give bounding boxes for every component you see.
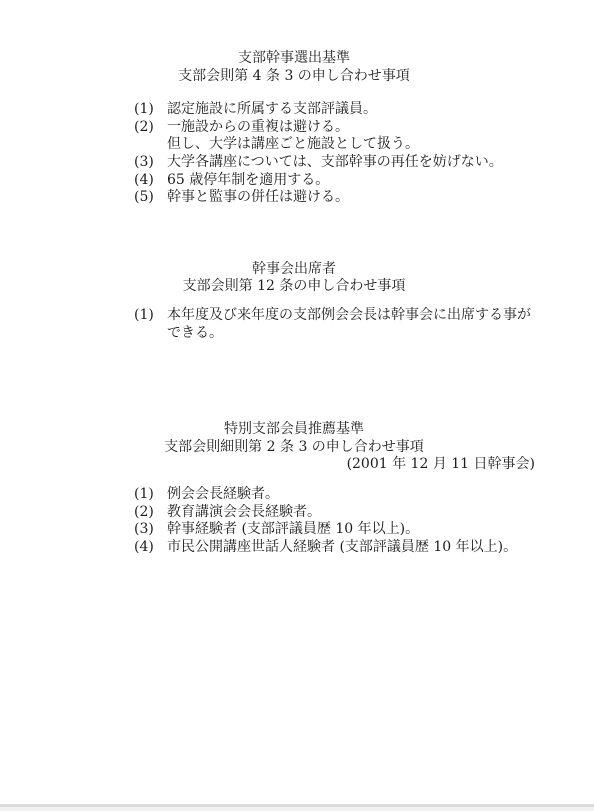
- text-line: 例会会長経験者。: [167, 486, 535, 504]
- heading-line: 支部会則第 4 条 3 の申し合わせ事項: [53, 68, 535, 86]
- item-number: (2): [134, 119, 167, 154]
- item-number: (3): [134, 154, 167, 172]
- section-0: 支部幹事選出基準支部会則第 4 条 3 の申し合わせ事項(1)認定施設に所属する…: [53, 50, 535, 207]
- section-heading: 特別支部会員推薦基準支部会則細則第 2 条 3 の申し合わせ事項(2001 年 …: [53, 421, 535, 474]
- item-text: 65 歳停年制を適用する。: [167, 172, 535, 190]
- text-line: 大学各講座については、支部幹事の再任を妨げない。: [167, 154, 535, 172]
- item-number: (4): [134, 172, 167, 190]
- text-line: 一施設からの重複は避ける。: [167, 119, 535, 137]
- section-2: 特別支部会員推薦基準支部会則細則第 2 条 3 の申し合わせ事項(2001 年 …: [53, 421, 535, 556]
- text-line: 教育講演会会長経験者。: [167, 504, 535, 522]
- item-list: (1)例会会長経験者。(2)教育講演会会長経験者。(3)幹事経験者 (支部評議員…: [53, 486, 535, 556]
- item-list: (1)本年度及び来年度の支部例会会長は幹事会に出席する事ができる。: [53, 307, 535, 342]
- item-number: (1): [134, 486, 167, 504]
- text-line: できる。: [167, 325, 535, 343]
- heading-line: 支部幹事選出基準: [53, 50, 535, 68]
- text-line: 65 歳停年制を適用する。: [167, 172, 535, 190]
- list-item: (3)大学各講座については、支部幹事の再任を妨げない。: [134, 154, 535, 172]
- heading-line: 特別支部会員推薦基準: [53, 421, 535, 439]
- text-line: 本年度及び来年度の支部例会会長は幹事会に出席する事が: [167, 307, 535, 325]
- text-line: 認定施設に所属する支部評議員。: [167, 101, 535, 119]
- item-number: (1): [134, 307, 167, 342]
- item-text: 幹事と監事の併任は避ける。: [167, 189, 535, 207]
- list-item: (1)本年度及び来年度の支部例会会長は幹事会に出席する事ができる。: [134, 307, 535, 342]
- item-number: (1): [134, 101, 167, 119]
- page-edge-gutter: [0, 807, 594, 811]
- heading-line: 支部会則第 12 条の申し合わせ事項: [53, 278, 535, 296]
- heading-line: 支部会則細則第 2 条 3 の申し合わせ事項: [53, 439, 535, 457]
- text-line: 但し、大学は講座ごと施設として扱う。: [167, 136, 535, 154]
- heading-line: 幹事会出席者: [53, 261, 535, 279]
- date-note: (2001 年 12 月 11 日幹事会): [53, 456, 535, 474]
- section-heading: 支部幹事選出基準支部会則第 4 条 3 の申し合わせ事項: [53, 50, 535, 85]
- list-item: (1)例会会長経験者。: [134, 486, 535, 504]
- item-number: (5): [134, 189, 167, 207]
- list-item: (2)教育講演会会長経験者。: [134, 504, 535, 522]
- item-text: 大学各講座については、支部幹事の再任を妨げない。: [167, 154, 535, 172]
- item-text: 一施設からの重複は避ける。但し、大学は講座ごと施設として扱う。: [167, 119, 535, 154]
- text-line: 幹事経験者 (支部評議員歴 10 年以上)。: [167, 521, 535, 539]
- list-item: (3)幹事経験者 (支部評議員歴 10 年以上)。: [134, 521, 535, 539]
- text-line: 市民公開講座世話人経験者 (支部評議員歴 10 年以上)。: [167, 539, 535, 557]
- item-text: 認定施設に所属する支部評議員。: [167, 101, 535, 119]
- item-text: 教育講演会会長経験者。: [167, 504, 535, 522]
- item-number: (3): [134, 521, 167, 539]
- item-number: (2): [134, 504, 167, 522]
- item-list: (1)認定施設に所属する支部評議員。(2)一施設からの重複は避ける。但し、大学は…: [53, 101, 535, 207]
- section-heading: 幹事会出席者支部会則第 12 条の申し合わせ事項: [53, 261, 535, 296]
- item-number: (4): [134, 539, 167, 557]
- list-item: (4)市民公開講座世話人経験者 (支部評議員歴 10 年以上)。: [134, 539, 535, 557]
- list-item: (5)幹事と監事の併任は避ける。: [134, 189, 535, 207]
- item-text: 本年度及び来年度の支部例会会長は幹事会に出席する事ができる。: [167, 307, 535, 342]
- list-item: (1)認定施設に所属する支部評議員。: [134, 101, 535, 119]
- item-text: 市民公開講座世話人経験者 (支部評議員歴 10 年以上)。: [167, 539, 535, 557]
- section-1: 幹事会出席者支部会則第 12 条の申し合わせ事項(1)本年度及び来年度の支部例会…: [53, 261, 535, 342]
- document-body: 支部幹事選出基準支部会則第 4 条 3 の申し合わせ事項(1)認定施設に所属する…: [53, 0, 535, 556]
- item-text: 例会会長経験者。: [167, 486, 535, 504]
- item-text: 幹事経験者 (支部評議員歴 10 年以上)。: [167, 521, 535, 539]
- list-item: (4)65 歳停年制を適用する。: [134, 172, 535, 190]
- list-item: (2)一施設からの重複は避ける。但し、大学は講座ごと施設として扱う。: [134, 119, 535, 154]
- document-page: 支部幹事選出基準支部会則第 4 条 3 の申し合わせ事項(1)認定施設に所属する…: [0, 0, 594, 811]
- text-line: 幹事と監事の併任は避ける。: [167, 189, 535, 207]
